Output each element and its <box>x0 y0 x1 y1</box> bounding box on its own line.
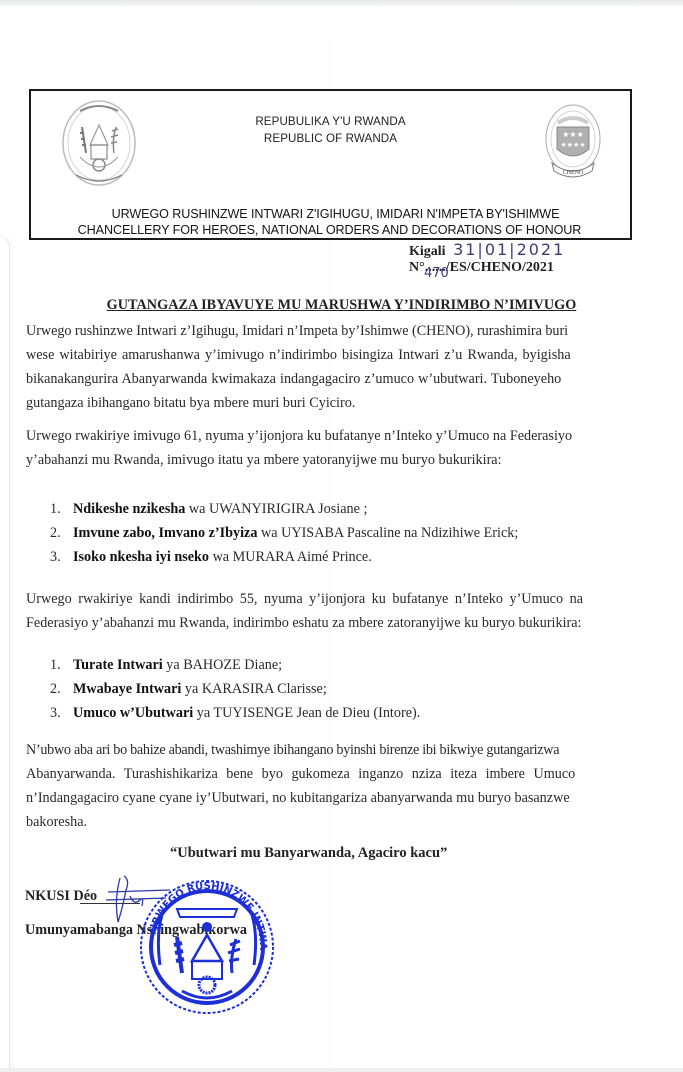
handwritten-reference-number: 470 <box>424 266 449 282</box>
list-item: 3.Isoko nkesha iyi nseko wa MURARA Aimé … <box>50 545 518 569</box>
winning-songs-list: 1.Turate Intwari ya BAHOZE Diane; 2.Mwab… <box>50 653 420 725</box>
document-title: GUTANGAZA IBYAVUYE MU MARUSHWA Y’INDIRIM… <box>0 297 683 314</box>
poems-intro-paragraph: Urwego rwakiriye imivugo 61, nyuma y’ijo… <box>26 424 649 472</box>
intro-paragraph: Urwego rushinzwe Intwari z’Igihugu, Imid… <box>26 319 649 415</box>
reference-number-line: N°....../ES/CHENO/2021 470 <box>409 260 565 276</box>
country-name-kinyarwanda: REPUBULIKA Y'U RWANDA <box>31 115 630 128</box>
list-item: 1.Ndikeshe nzikesha wa UWANYIRIGIRA Josi… <box>50 497 518 521</box>
rwanda-coat-of-arms-icon <box>60 97 138 193</box>
org-name-english: CHANCELLERY FOR HEROES, NATIONAL ORDERS … <box>29 223 630 237</box>
list-item: 3.Umuco w’Ubutwari ya TUYISENGE Jean de … <box>50 701 420 725</box>
motto: “Ubutwari mu Banyarwanda, Agaciro kacu” <box>170 845 447 862</box>
letterhead: REPUBULIKA Y'U RWANDA REPUBLIC OF RWANDA… <box>29 89 632 240</box>
svg-text:★★★: ★★★ <box>562 130 584 139</box>
cheno-seal-icon: ★★★ ★★★★ CHENO <box>544 101 602 183</box>
page-edge-shadow <box>0 236 10 1072</box>
official-stamp-icon: URWEGO RUSHINZWE INTWARI Z'IGIHUGU <box>132 875 282 1018</box>
handwritten-date: 31|01|2021 <box>453 240 565 259</box>
svg-text:★★★★: ★★★★ <box>560 141 585 149</box>
reference-block: Kigali 31|01|2021 N°....../ES/CHENO/2021… <box>409 242 565 276</box>
country-name-english: REPUBLIC OF RWANDA <box>31 132 630 145</box>
date-line: Kigali 31|01|2021 <box>409 242 565 260</box>
closing-paragraph: N’ubwo aba ari bo bahize abandi, twashim… <box>26 738 649 834</box>
list-item: 1.Turate Intwari ya BAHOZE Diane; <box>50 653 420 677</box>
place-label: Kigali <box>409 244 446 259</box>
list-item: 2.Imvune zabo, Imvano z’Ibyiza wa UYISAB… <box>50 521 518 545</box>
songs-intro-paragraph: Urwego rwakiriye kandi indirimbo 55, nyu… <box>26 587 649 635</box>
winning-poems-list: 1.Ndikeshe nzikesha wa UWANYIRIGIRA Josi… <box>50 497 518 569</box>
top-edge <box>0 0 683 6</box>
org-name-kinyarwanda: URWEGO RUSHINZWE INTWARI Z'IGIHUGU, IMID… <box>41 207 630 221</box>
bottom-edge <box>0 1068 683 1072</box>
list-item: 2.Mwabaye Intwari ya KARASIRA Clarisse; <box>50 677 420 701</box>
svg-text:CHENO: CHENO <box>563 170 584 176</box>
